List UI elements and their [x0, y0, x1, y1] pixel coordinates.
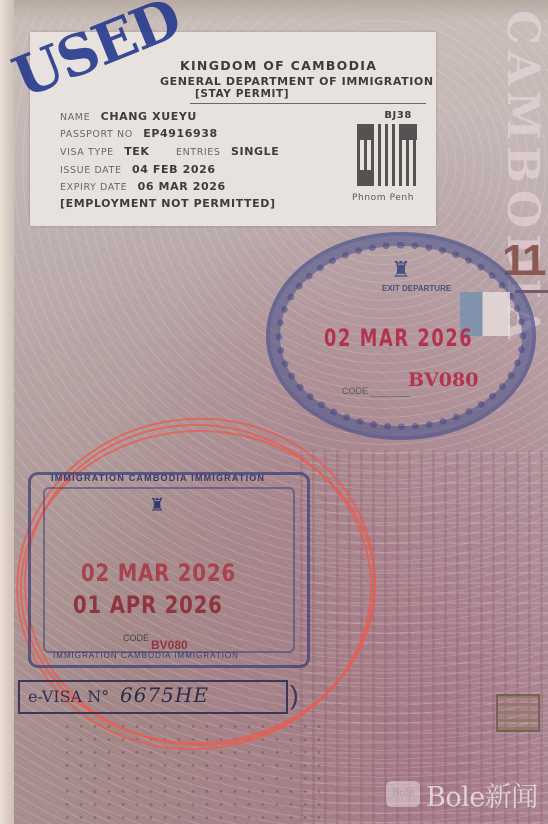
entry-stamp-code-label: CODE [123, 633, 149, 643]
page-left-edge [0, 0, 14, 824]
royal-emblem-icon: ♜ [386, 256, 416, 284]
source-watermark: Bole Bole新闻 [386, 778, 538, 810]
permit-header-type: [STAY PERMIT] [195, 88, 289, 100]
entry-stamp: IMMIGRATION CAMBODIA IMMIGRATION ♜ 02 MA… [28, 472, 310, 668]
exit-stamp-date: 02 MAR 2026 [324, 324, 473, 352]
permit-serial-code: BJ38 [384, 110, 412, 121]
permit-name-row: NAME CHANG XUEYU [60, 110, 197, 123]
evisa-bracket: ) [290, 680, 299, 711]
entry-stamp-bottom-text: IMMIGRATION CAMBODIA IMMIGRATION [53, 651, 239, 660]
permit-name-label: NAME [60, 112, 90, 123]
qr-code-icon [357, 124, 417, 186]
permit-passport-value: EP4916938 [143, 127, 218, 140]
evisa-number-box: e-VISA N° 6675HE [18, 680, 288, 714]
permit-divider [190, 103, 426, 104]
permit-header-country: KINGDOM OF CAMBODIA [180, 58, 377, 73]
permit-entries-value: SINGLE [231, 145, 279, 158]
entry-stamp-date: 02 MAR 2026 [81, 559, 236, 587]
exit-stamp-code-line [370, 396, 410, 397]
permit-entries-label: ENTRIES [176, 147, 221, 158]
permit-expiry-row: EXPIRY DATE 06 MAR 2026 [60, 180, 226, 193]
passport-page: CAMBODIA 11 KINGDOM OF CAMBODIA GENERAL … [0, 0, 548, 824]
entry-stamp-code: BV080 [151, 638, 188, 652]
permit-name-value: CHANG XUEYU [101, 110, 197, 123]
page-side-watermark: CAMBODIA [488, 10, 548, 250]
watermark-text: Bole新闻 [426, 775, 538, 814]
permit-visa-type-value: TEK [124, 145, 149, 158]
permit-issue-value: 04 FEB 2026 [132, 163, 216, 176]
permit-visa-type-label: VISA TYPE [60, 147, 114, 158]
royal-emblem-icon: ♜ [149, 495, 165, 516]
permit-header-department: GENERAL DEPARTMENT OF IMMIGRATION [160, 75, 434, 88]
exit-stamp-code: BV080 [408, 369, 478, 391]
permit-passport-row: PASSPORT NO EP4916938 [60, 127, 218, 140]
entry-stamp-top-text: IMMIGRATION CAMBODIA IMMIGRATION [51, 473, 265, 483]
permit-visa-type-row: VISA TYPE TEK ENTRIES SINGLE [60, 145, 279, 158]
permit-issue-label: ISSUE DATE [60, 165, 122, 176]
bole-logo-icon: Bole [386, 781, 420, 807]
entry-stamp-valid-until: 01 APR 2026 [73, 591, 223, 619]
exit-stamp-code-label: CODE [342, 386, 368, 396]
permit-expiry-label: EXPIRY DATE [60, 182, 127, 193]
exit-stamp-caption: EXIT DEPARTURE [382, 284, 451, 293]
permit-issue-row: ISSUE DATE 04 FEB 2026 [60, 163, 216, 176]
evisa-number: 6675HE [120, 683, 209, 707]
evisa-label: e-VISA N° [28, 687, 109, 706]
permit-passport-label: PASSPORT NO [60, 129, 133, 140]
permit-employment-note: [EMPLOYMENT NOT PERMITTED] [60, 197, 276, 210]
permit-issuing-city: Phnom Penh [352, 193, 414, 203]
page-security-mark [496, 694, 540, 732]
permit-expiry-value: 06 MAR 2026 [138, 180, 226, 193]
exit-stamp: ♜ EXIT DEPARTURE 02 MAR 2026 CODE BV080 [266, 232, 536, 440]
